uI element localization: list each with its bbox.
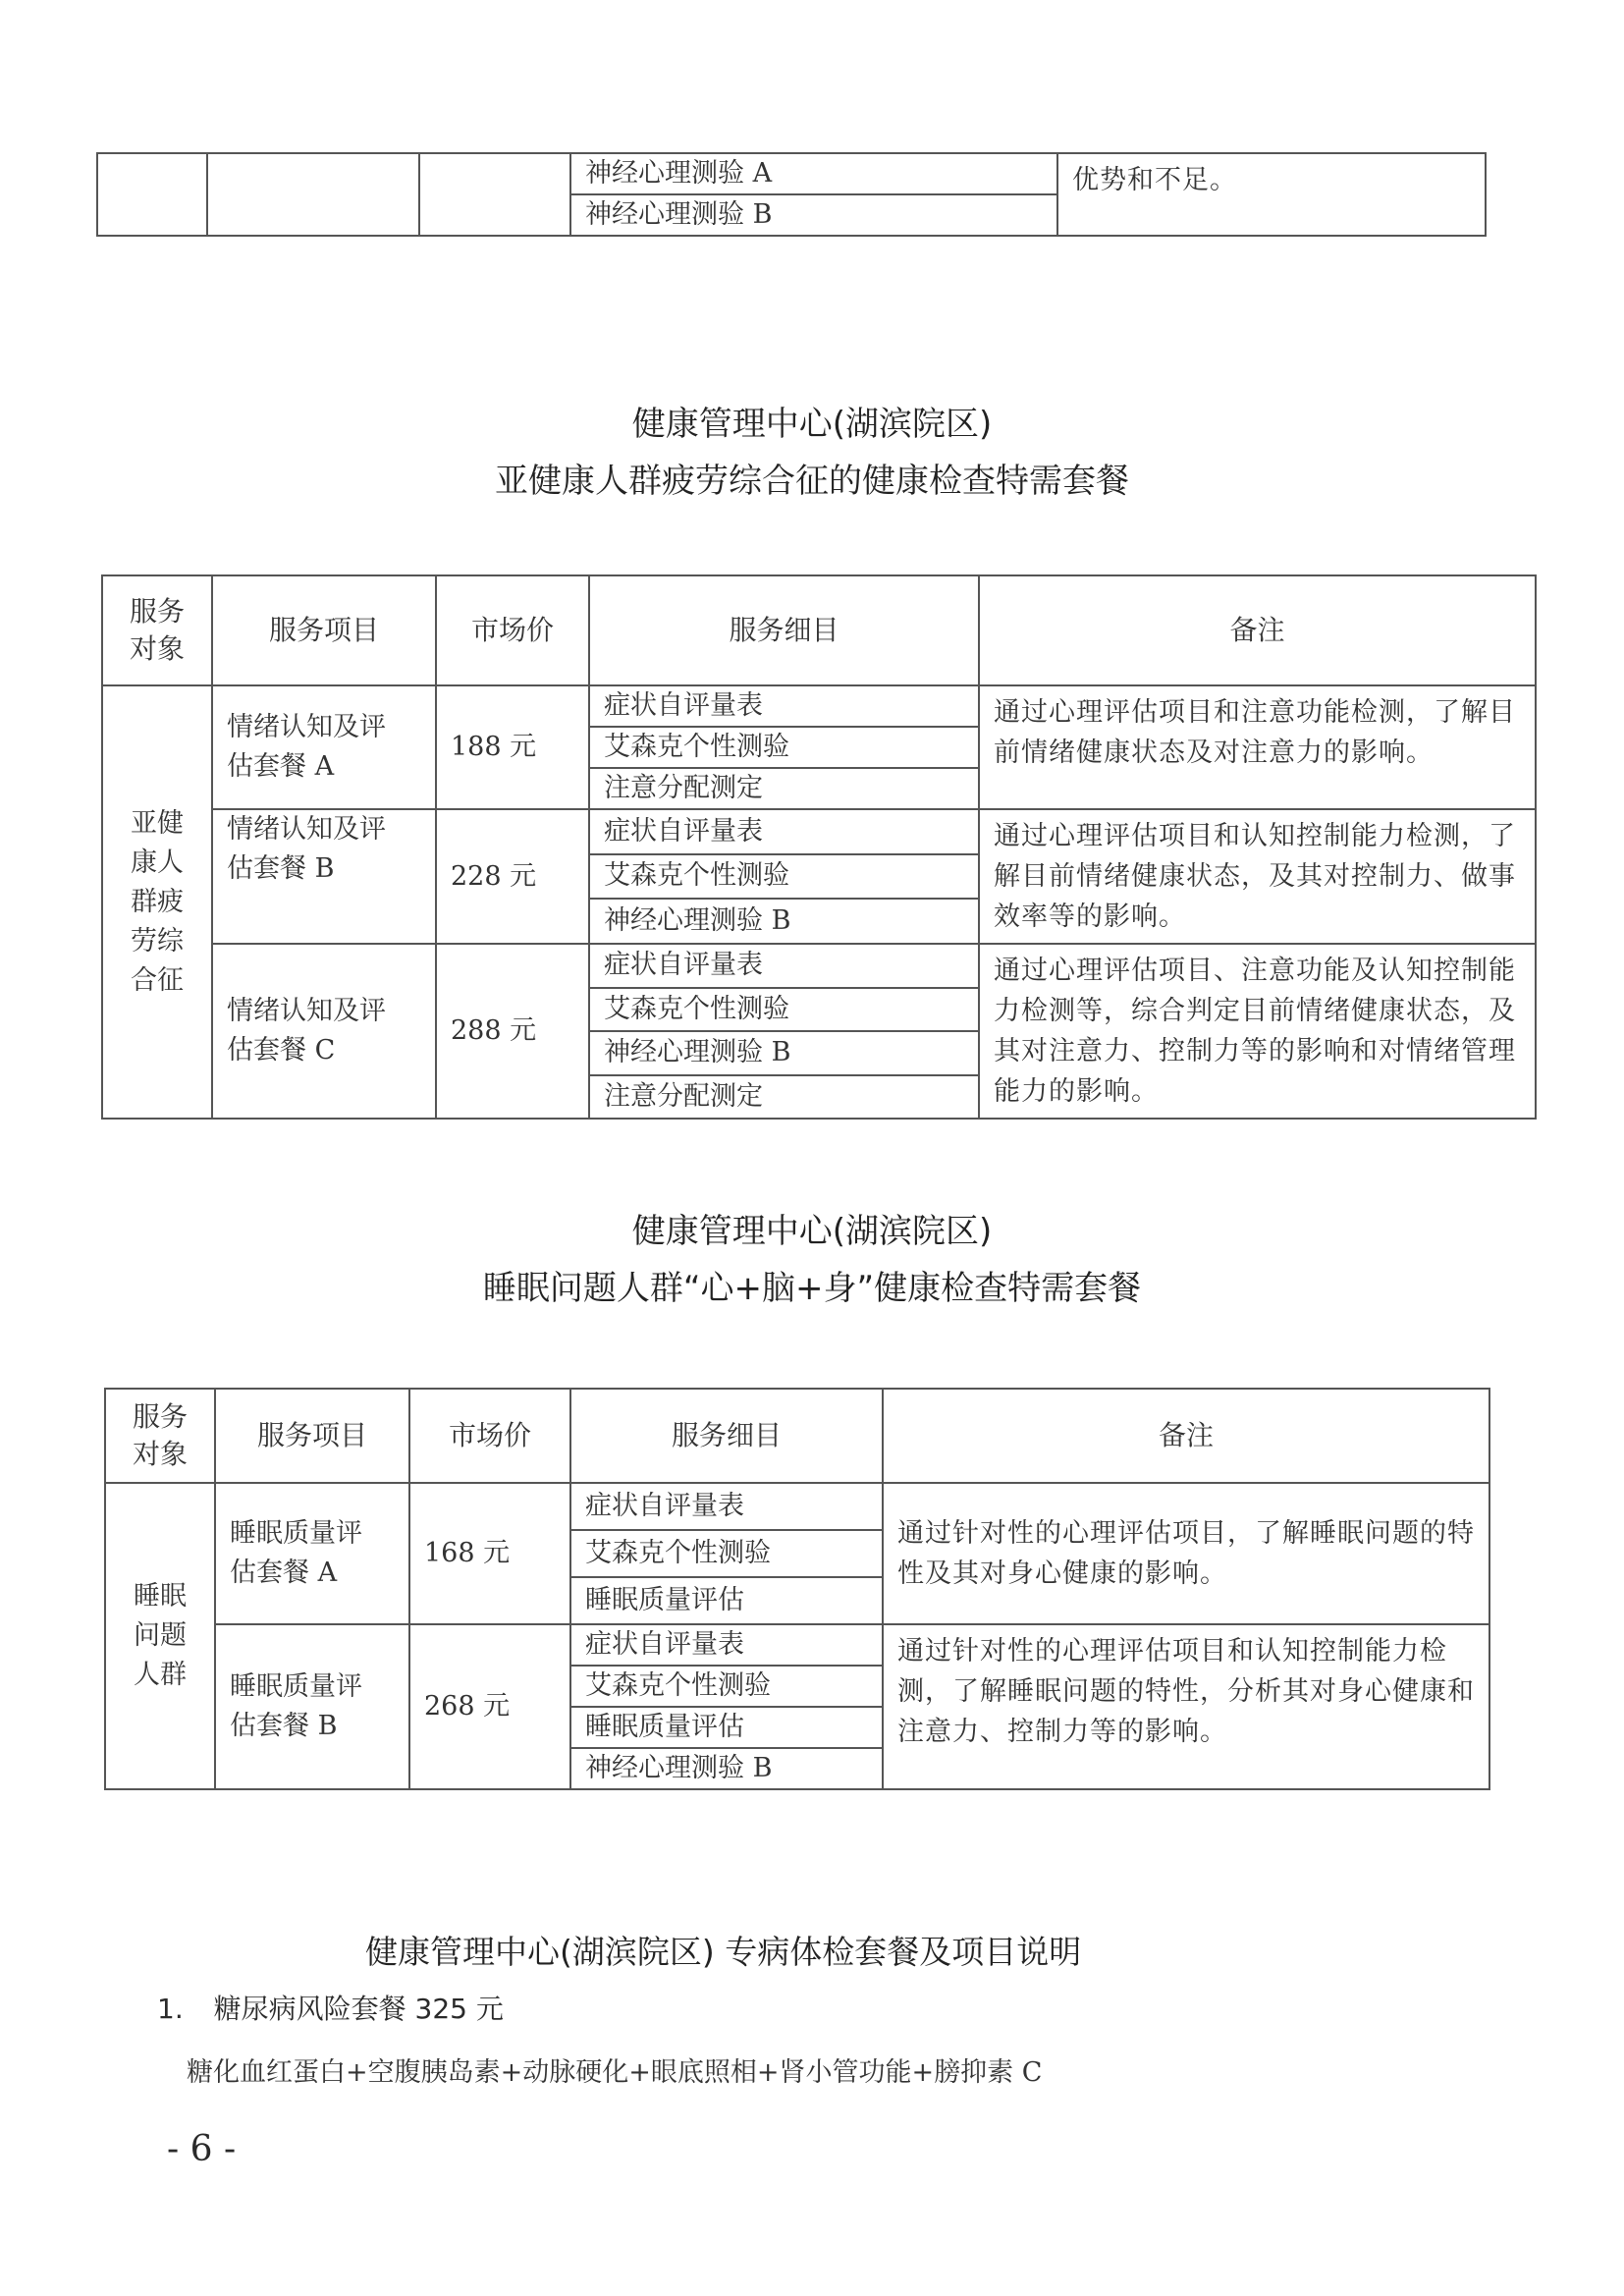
header-target-line1: 服务	[106, 1398, 214, 1436]
detail-cell: 神经心理测验 B	[570, 1748, 883, 1789]
detail-cell: 神经心理测验 B	[589, 1031, 979, 1075]
header-price: 市场价	[409, 1389, 570, 1483]
section2-title-line1: 健康管理中心(湖滨院区)	[0, 1206, 1624, 1257]
header-detail: 服务细目	[589, 575, 979, 685]
header-target: 服务 对象	[105, 1389, 215, 1483]
package-price: 288 元	[436, 944, 589, 1119]
header-target-line1: 服务	[103, 593, 211, 630]
package-name-line2: 估套餐 A	[227, 747, 435, 787]
remark-cell: 优势和不足。	[1057, 153, 1486, 236]
package-name-line2: 估套餐 B	[230, 1707, 408, 1746]
detail-cell: 睡眠质量评估	[570, 1577, 883, 1624]
package-price: 168 元	[409, 1483, 570, 1624]
item1-number: 1.	[157, 1993, 184, 2025]
header-remark: 备注	[883, 1389, 1489, 1483]
remark-cell: 通过心理评估项目和注意功能检测，了解目前情绪健康状态及对注意力的影响。	[979, 685, 1536, 809]
detail-cell: 艾森克个性测验	[589, 988, 979, 1032]
package-name-line1: 情绪认知及评	[227, 992, 435, 1031]
target-line: 劳综	[103, 922, 211, 961]
detail-cell: 神经心理测验 B	[570, 194, 1057, 236]
empty-cell	[419, 153, 570, 236]
target-line: 问题	[106, 1616, 214, 1656]
continued-table: 神经心理测验 A 优势和不足。 神经心理测验 B	[96, 152, 1487, 237]
detail-cell: 艾森克个性测验	[570, 1666, 883, 1707]
section2-title: 健康管理中心(湖滨院区) 睡眠问题人群“心+脑+身”健康检查特需套餐	[0, 1206, 1624, 1314]
detail-cell: 症状自评量表	[570, 1483, 883, 1530]
target-line: 睡眠	[106, 1577, 214, 1616]
item1-detail: 糖化血红蛋白+空腹胰岛素+动脉硬化+眼底照相+肾小管功能+膀抑素 C	[187, 2050, 1042, 2089]
sleep-package-table: 服务 对象 服务项目 市场价 服务细目 备注 睡眠 问题 人群 睡眠质量评 估套…	[104, 1388, 1490, 1790]
section3-title: 健康管理中心(湖滨院区) 专病体检套餐及项目说明	[365, 1927, 1081, 1973]
package-name-line2: 估套餐 C	[227, 1031, 435, 1070]
detail-cell: 艾森克个性测验	[570, 1530, 883, 1577]
item1-title: 糖尿病风险套餐 325 元	[214, 1993, 504, 2025]
header-remark: 备注	[979, 575, 1536, 685]
package-name-line1: 情绪认知及评	[227, 708, 435, 747]
package-name-line2: 估套餐 A	[230, 1554, 408, 1593]
package-price: 188 元	[436, 685, 589, 809]
header-price: 市场价	[436, 575, 589, 685]
detail-cell: 症状自评量表	[589, 809, 979, 854]
remark-cell: 通过心理评估项目、注意功能及认知控制能力检测等，综合判定目前情绪健康状态，及其对…	[979, 944, 1536, 1119]
section2-title-line2: 睡眠问题人群“心+脑+身”健康检查特需套餐	[0, 1263, 1624, 1314]
page-number: - 6 -	[167, 2129, 236, 2169]
target-cell: 睡眠 问题 人群	[105, 1483, 215, 1789]
detail-cell: 症状自评量表	[570, 1624, 883, 1666]
target-line: 合征	[103, 961, 211, 1001]
package-name: 睡眠质量评 估套餐 B	[215, 1624, 409, 1789]
package-name: 情绪认知及评 估套餐 C	[212, 944, 436, 1119]
target-line: 人群	[106, 1656, 214, 1695]
section1-title-line2: 亚健康人群疲劳综合征的健康检查特需套餐	[0, 456, 1624, 507]
header-item: 服务项目	[212, 575, 436, 685]
header-target: 服务 对象	[102, 575, 212, 685]
package-name: 情绪认知及评 估套餐 B	[212, 809, 436, 944]
target-line: 群疲	[103, 883, 211, 922]
package-name-line2: 估套餐 B	[227, 849, 435, 889]
item1-heading: 1. 糖尿病风险套餐 325 元	[157, 1988, 504, 2027]
detail-cell: 艾森克个性测验	[589, 854, 979, 900]
section1-title-line1: 健康管理中心(湖滨院区)	[0, 399, 1624, 450]
package-name-line1: 睡眠质量评	[230, 1667, 408, 1707]
target-cell: 亚健 康人 群疲 劳综 合征	[102, 685, 212, 1119]
package-name: 情绪认知及评 估套餐 A	[212, 685, 436, 809]
package-price: 228 元	[436, 809, 589, 944]
fatigue-package-table: 服务 对象 服务项目 市场价 服务细目 备注 亚健 康人 群疲 劳综 合征 情绪…	[101, 574, 1537, 1120]
empty-cell	[207, 153, 419, 236]
detail-cell: 症状自评量表	[589, 944, 979, 988]
package-name: 睡眠质量评 估套餐 A	[215, 1483, 409, 1624]
target-line: 亚健	[103, 804, 211, 844]
header-item: 服务项目	[215, 1389, 409, 1483]
detail-cell: 神经心理测验 A	[570, 153, 1057, 194]
header-target-line2: 对象	[103, 630, 211, 668]
target-line: 康人	[103, 844, 211, 883]
detail-cell: 睡眠质量评估	[570, 1707, 883, 1748]
remark-cell: 通过针对性的心理评估项目和认知控制能力检测，了解睡眠问题的特性，分析其对身心健康…	[883, 1624, 1489, 1789]
package-name-line1: 睡眠质量评	[230, 1514, 408, 1554]
remark-cell: 通过心理评估项目和认知控制能力检测，了解目前情绪健康状态，及其对控制力、做事效率…	[979, 809, 1536, 944]
remark-cell: 通过针对性的心理评估项目，了解睡眠问题的特性及其对身心健康的影响。	[883, 1483, 1489, 1624]
detail-cell: 神经心理测验 B	[589, 899, 979, 944]
empty-cell	[97, 153, 207, 236]
detail-cell: 症状自评量表	[589, 685, 979, 727]
package-name-line1: 情绪认知及评	[227, 810, 435, 849]
header-detail: 服务细目	[570, 1389, 883, 1483]
detail-cell: 注意分配测定	[589, 1075, 979, 1120]
detail-cell: 注意分配测定	[589, 768, 979, 809]
header-target-line2: 对象	[106, 1436, 214, 1473]
package-price: 268 元	[409, 1624, 570, 1789]
detail-cell: 艾森克个性测验	[589, 727, 979, 768]
section1-title: 健康管理中心(湖滨院区) 亚健康人群疲劳综合征的健康检查特需套餐	[0, 399, 1624, 507]
